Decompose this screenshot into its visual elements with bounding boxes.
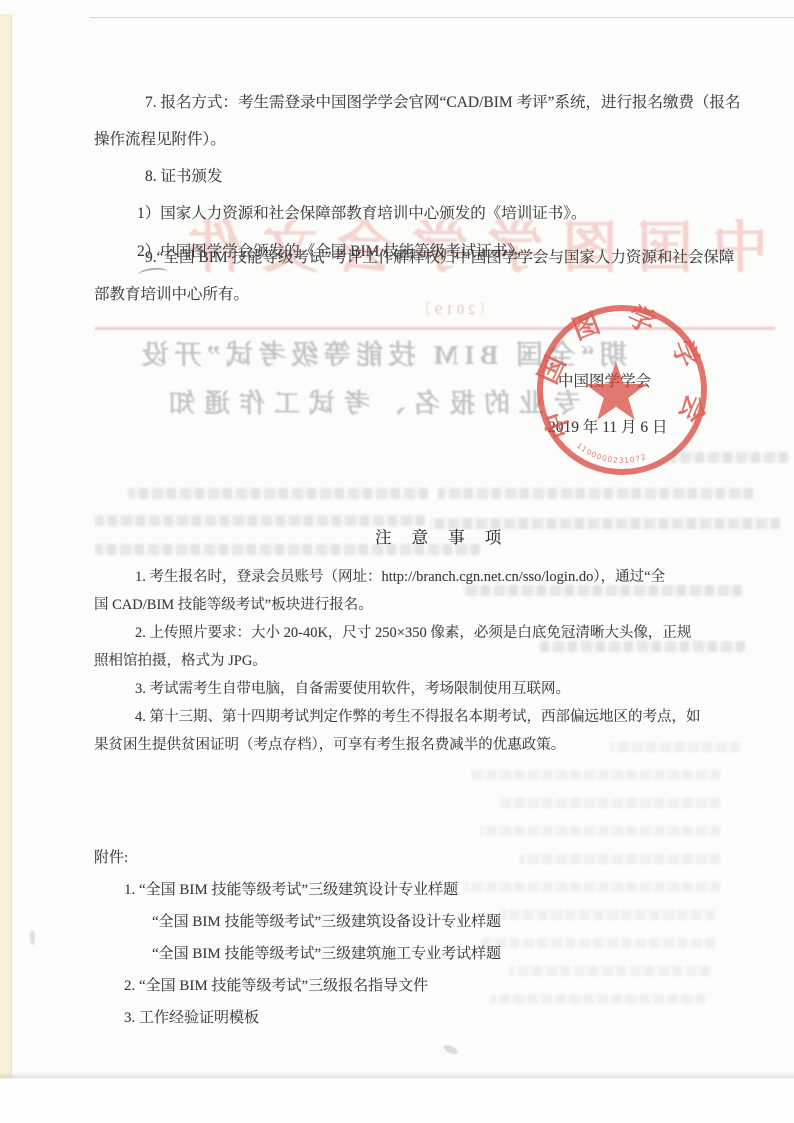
scan-speck: [30, 930, 35, 945]
bleedthrough-smudge: [500, 798, 720, 808]
bleedthrough-smudge: [465, 882, 720, 892]
attachment-item3: 3. 工作经验证明模板: [124, 1006, 259, 1027]
signature-date: 2019 年 11 月 6 日: [548, 415, 668, 437]
notice-item3: 3. 考试需考生自带电脑，自备需要使用软件，考场限制使用互联网。: [135, 677, 570, 698]
scanned-document-page: 中国图学学会文件 7. 报名方式：考生需登录中国图学学会官网“CAD/BIM 考…: [0, 0, 794, 1123]
attachment-item1: 1. “全国 BIM 技能等级考试”三级建筑设计专业样题: [124, 878, 458, 899]
attachment-item2: 2. “全国 BIM 技能等级考试”三级报名指导文件: [124, 974, 428, 995]
bleedthrough-smudge: [670, 452, 788, 463]
item9-line2: 部教育培训中心所有。: [94, 282, 249, 304]
bleedthrough-smudge: [510, 966, 710, 976]
notice-item4-line1: 4. 第十三期、第十四期考试判定作弊的考生不得报名本期考试，西部偏远地区的考点，…: [135, 705, 701, 726]
bleedthrough-doc-number-mirrored: 〔2019〕: [358, 299, 493, 319]
scan-top-edge-line: [90, 17, 794, 18]
bleedthrough-smudge: [470, 770, 720, 780]
item9-line1: 9.“全国 BIM 技能等级考试”考评工作解释权归中国图学学会与国家人力资源和社…: [145, 245, 734, 267]
notice-item2-line2: 照相馆拍摄，格式为 JPG。: [94, 649, 267, 670]
bleedthrough-smudge: [462, 585, 742, 596]
signature-org: 中国图学学会: [558, 369, 651, 391]
bleedthrough-title-line2-mirrored: 专业的报名、考试工作通知: [150, 383, 580, 420]
seal-code-arc-text: 1100000231072: [575, 441, 648, 465]
bleedthrough-smudge: [540, 641, 745, 652]
bleedthrough-smudge: [480, 826, 720, 836]
bleedthrough-smudge: [520, 854, 720, 864]
bleedthrough-red-rule: [95, 327, 775, 330]
scan-speck: [442, 1043, 459, 1055]
attachment-item1b: “全国 BIM 技能等级考试”三级建筑设备设计专业样题: [152, 910, 501, 931]
bleedthrough-smudge: [480, 938, 715, 948]
scan-background: [0, 1080, 794, 1123]
notice-item2-line1: 2. 上传照片要求：大小 20-40K，尺寸 250×350 像素，必须是白底免…: [135, 621, 691, 642]
bleedthrough-smudge: [500, 910, 715, 920]
notice-item1-line1: 1. 考生报名时，登录会员账号（网址：http://branch.cgn.net…: [135, 565, 665, 586]
bleedthrough-smudge: [490, 994, 705, 1004]
item8-sub1: 1）国家人力资源和社会保障部教育培训中心颁发的《培训证书》。: [137, 201, 587, 223]
attachments-heading: 附件:: [94, 846, 128, 867]
bleedthrough-smudge: [610, 742, 740, 752]
bleedthrough-smudge: [438, 488, 753, 499]
item7-line2: 操作流程见附件）。: [94, 127, 226, 149]
notice-item4-line2: 果贫困生提供贫困证明（考点存档），可享有考生报名费减半的优惠政策。: [94, 733, 565, 754]
item7-line1: 7. 报名方式：考生需登录中国图学学会官网“CAD/BIM 考评”系统，进行报名…: [145, 90, 740, 112]
notice-heading: 注 意 事 项: [375, 524, 505, 548]
scan-left-paper-edge: [0, 14, 12, 1080]
item8-heading: 8. 证书颁发: [145, 164, 223, 186]
attachment-item1c: “全国 BIM 技能等级考试”三级建筑施工专业考试样题: [152, 942, 501, 963]
bleedthrough-smudge: [128, 488, 428, 499]
svg-text:1100000231072: 1100000231072: [575, 441, 648, 465]
notice-item1-line2: 国 CAD/BIM 技能等级考试”板块进行报名。: [94, 593, 373, 614]
bleedthrough-title-line1-mirrored: 期“全国 BIM 技能等级考试”开设: [105, 333, 627, 372]
